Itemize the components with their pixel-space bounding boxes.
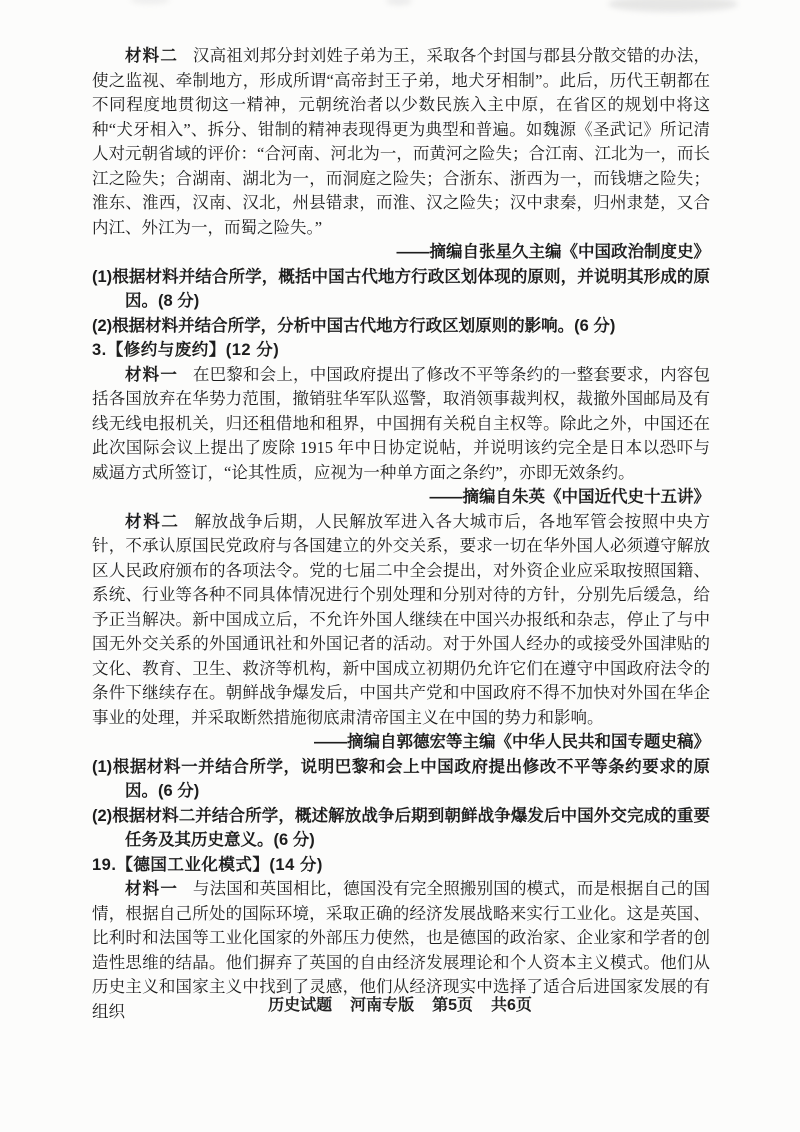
- material-two-paragraph: 材料二解放战争后期，人民解放军进入各大城市后，各地军管会按照中央方针，不承认原国…: [92, 510, 710, 731]
- material-one-paragraph: 材料一在巴黎和会上，中国政府提出了修改不平等条约的一整套要求，内容包括各国放弃在…: [92, 363, 710, 486]
- footer-page-number: 第5页: [432, 997, 473, 1014]
- footer-page-total: 共6页: [491, 997, 532, 1014]
- material-two-text: 解放战争后期，人民解放军进入各大城市后，各地军管会按照中央方针，不承认原国民党政…: [92, 512, 710, 727]
- exam-page-content: 材料二汉高祖刘邦分封刘姓子弟为王，采取各个封国与郡县分散交错的办法，使之监视、牵…: [92, 44, 710, 1024]
- scan-noise-artifact: [608, 0, 738, 12]
- footer-edition: 河南专版: [350, 997, 414, 1014]
- source-attribution: ——摘编自郭德宏等主编《中华人民共和国专题史稿》: [92, 730, 710, 755]
- sub-question-2: (2)根据材料并结合所学，分析中国古代地方行政区划原则的影响。(6 分): [92, 314, 710, 339]
- sub-question-2: (2)根据材料二并结合所学，概述解放战争后期到朝鲜战争爆发后中国外交完成的重要任…: [92, 804, 710, 853]
- material-two-label: 材料二: [125, 513, 180, 531]
- material-one-label: 材料一: [125, 366, 178, 384]
- material-two-text: 汉高祖刘邦分封刘姓子弟为王，采取各个封国与郡县分散交错的办法，使之监视、牵制地方…: [92, 46, 710, 237]
- sub-question-1: (1)根据材料并结合所学，概括中国古代地方行政区划体现的原则，并说明其形成的原因…: [92, 265, 710, 314]
- question-treaty-heading: 3.【修约与废约】(12 分): [92, 338, 710, 363]
- material-one-text: 在巴黎和会上，中国政府提出了修改不平等条约的一整套要求，内容包括各国放弃在华势力…: [92, 365, 710, 482]
- page-footer: 历史试题河南专版第5页共6页: [0, 992, 800, 1015]
- material-two-paragraph: 材料二汉高祖刘邦分封刘姓子弟为王，采取各个封国与郡县分散交错的办法，使之监视、牵…: [92, 44, 710, 240]
- scanned-exam-page: 材料二汉高祖刘邦分封刘姓子弟为王，采取各个封国与郡县分散交错的办法，使之监视、牵…: [0, 0, 800, 1132]
- material-one-label: 材料一: [125, 880, 178, 898]
- footer-exam-title: 历史试题: [268, 997, 332, 1014]
- material-two-label: 材料二: [125, 47, 178, 65]
- source-attribution: ——摘编自张星久主编《中国政治制度史》: [92, 240, 710, 265]
- scan-noise-artifact: [386, 0, 412, 5]
- source-attribution: ——摘编自朱英《中国近代史十五讲》: [92, 485, 710, 510]
- question-19-heading: 19.【德国工业化模式】(14 分): [92, 853, 710, 878]
- scan-noise-artifact: [130, 0, 170, 4]
- sub-question-1: (1)根据材料一并结合所学，说明巴黎和会上中国政府提出修改不平等条约要求的原因。…: [92, 755, 710, 804]
